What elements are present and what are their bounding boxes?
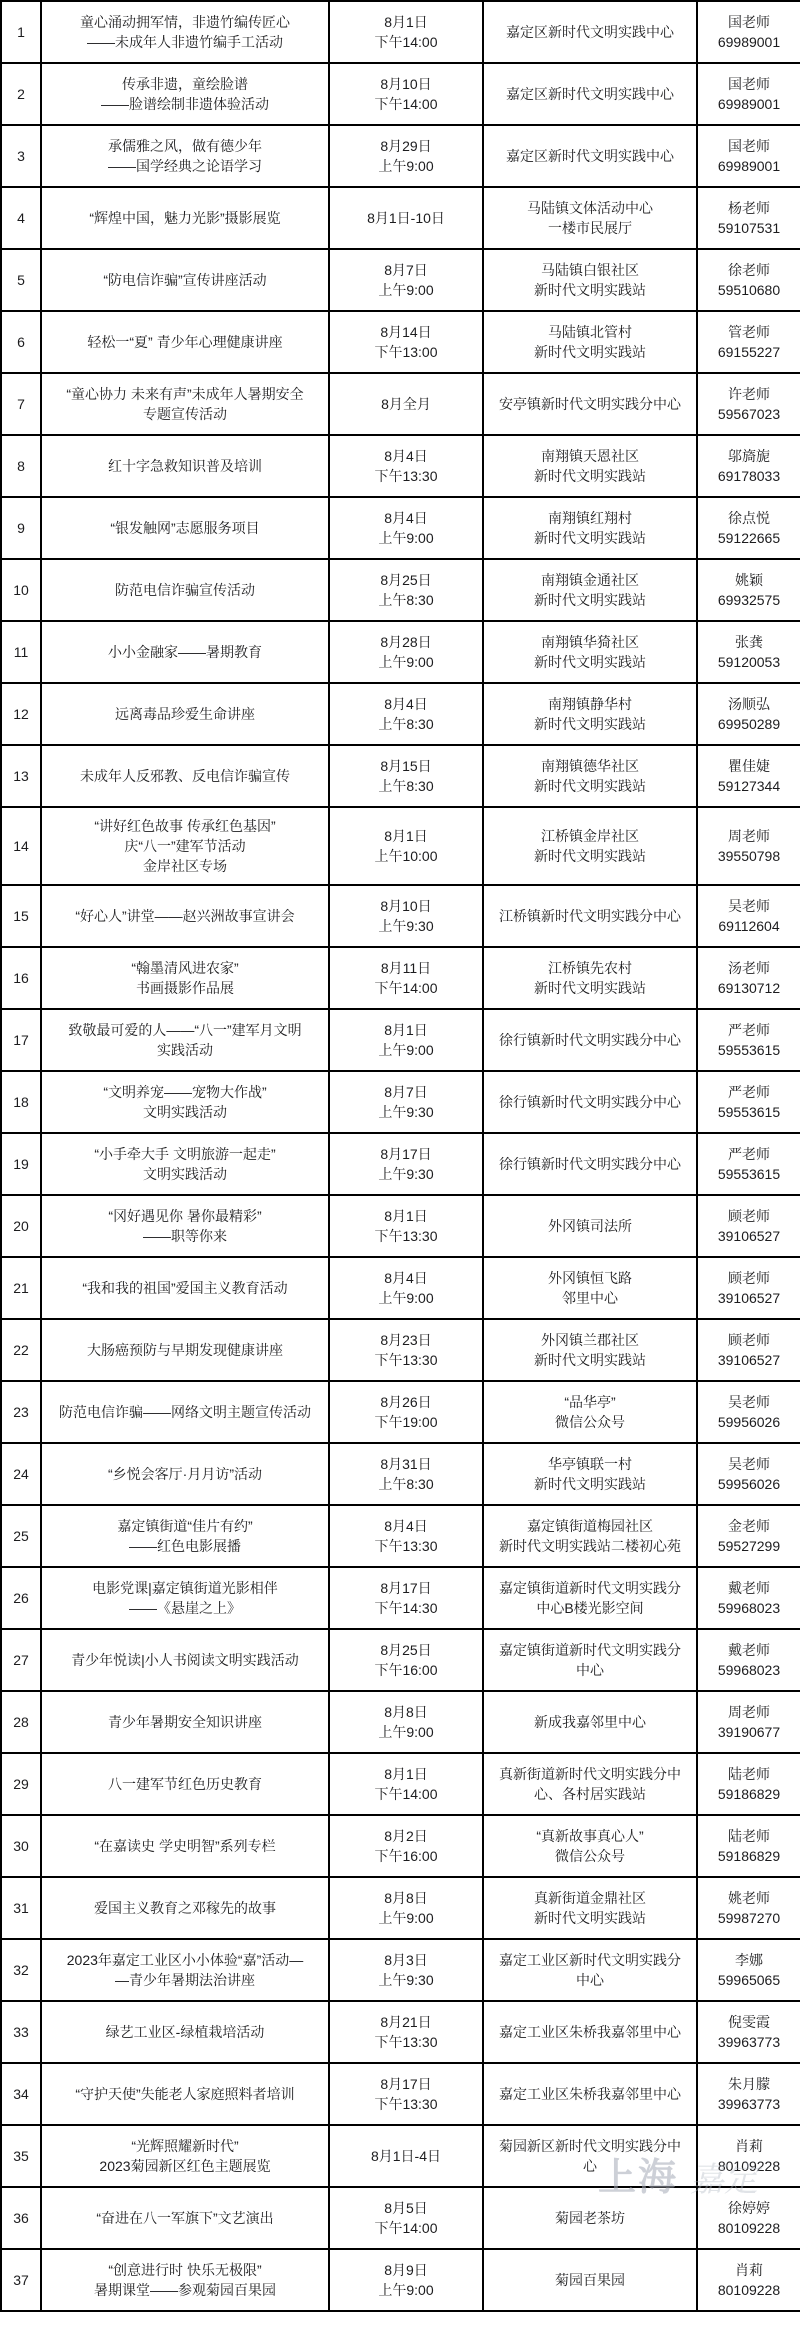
location-cell: 嘉定镇街道新时代文明实践分 中心B楼光影空间 <box>483 1567 697 1629</box>
date-time-cell: 8月1日 上午10:00 <box>329 807 483 885</box>
contact-cell: 倪雯霞 39963773 <box>697 2001 800 2063</box>
activity-name-cell: “创意进行时 快乐无极限” 暑期课堂——参观菊园百果园 <box>41 2249 329 2311</box>
activity-name-cell: 2023年嘉定工业区小小体验“嘉”活动— —青少年暑期法治讲座 <box>41 1939 329 2001</box>
contact-cell: 邬旖旎 69178033 <box>697 435 800 497</box>
contact-cell: 肖莉 80109228 <box>697 2249 800 2311</box>
location-cell: 外冈镇司法所 <box>483 1195 697 1257</box>
location-cell: 南翔镇天恩社区 新时代文明实践站 <box>483 435 697 497</box>
activity-schedule-table: 1 童心涌动拥军情，非遗竹编传匠心 ——未成年人非遗竹编手工活动 8月1日 下午… <box>0 0 800 2312</box>
row-number-cell: 16 <box>1 947 41 1009</box>
table-row: 34 “守护天使”失能老人家庭照料者培训 8月17日 下午13:30 嘉定工业区… <box>1 2063 800 2125</box>
row-number-cell: 10 <box>1 559 41 621</box>
row-number-cell: 24 <box>1 1443 41 1505</box>
row-number-cell: 32 <box>1 1939 41 2001</box>
contact-cell: 陆老师 59186829 <box>697 1815 800 1877</box>
contact-cell: 杨老师 59107531 <box>697 187 800 249</box>
date-time-cell: 8月1日 下午13:30 <box>329 1195 483 1257</box>
row-number-cell: 9 <box>1 497 41 559</box>
date-time-cell: 8月全月 <box>329 373 483 435</box>
location-cell: 华亭镇联一村 新时代文明实践站 <box>483 1443 697 1505</box>
activity-schedule-page: 1 童心涌动拥军情，非遗竹编传匠心 ——未成年人非遗竹编手工活动 8月1日 下午… <box>0 0 800 2326</box>
contact-cell: 陆老师 59186829 <box>697 1753 800 1815</box>
row-number-cell: 18 <box>1 1071 41 1133</box>
location-cell: 马陆镇文体活动中心 一楼市民展厅 <box>483 187 697 249</box>
contact-cell: 国老师 69989001 <box>697 63 800 125</box>
date-time-cell: 8月26日 下午19:00 <box>329 1381 483 1443</box>
contact-cell: 周老师 39550798 <box>697 807 800 885</box>
table-row: 36 “奋进在八一军旗下”文艺演出 8月5日 下午14:00 菊园老茶坊 徐婷婷… <box>1 2187 800 2249</box>
table-row: 7 “童心协力 未来有声”未成年人暑期安全 专题宣传活动 8月全月 安亭镇新时代… <box>1 373 800 435</box>
table-row: 15 “好心人”讲堂——赵兴洲故事宣讲会 8月10日 上午9:30 江桥镇新时代… <box>1 885 800 947</box>
location-cell: 嘉定工业区朱桥我嘉邻里中心 <box>483 2063 697 2125</box>
table-row: 20 “冈好遇见你 暑你最精彩” ——职等你来 8月1日 下午13:30 外冈镇… <box>1 1195 800 1257</box>
date-time-cell: 8月7日 上午9:00 <box>329 249 483 311</box>
date-time-cell: 8月17日 上午9:30 <box>329 1133 483 1195</box>
location-cell: 南翔镇德华社区 新时代文明实践站 <box>483 745 697 807</box>
row-number-cell: 15 <box>1 885 41 947</box>
contact-cell: 严老师 59553615 <box>697 1009 800 1071</box>
contact-cell: 严老师 59553615 <box>697 1133 800 1195</box>
location-cell: 江桥镇新时代文明实践分中心 <box>483 885 697 947</box>
table-row: 10 防范电信诈骗宣传活动 8月25日 上午8:30 南翔镇金通社区 新时代文明… <box>1 559 800 621</box>
activity-name-cell: “童心协力 未来有声”未成年人暑期安全 专题宣传活动 <box>41 373 329 435</box>
activity-name-cell: 红十字急救知识普及培训 <box>41 435 329 497</box>
contact-cell: 朱月朦 39963773 <box>697 2063 800 2125</box>
date-time-cell: 8月3日 上午9:30 <box>329 1939 483 2001</box>
date-time-cell: 8月5日 下午14:00 <box>329 2187 483 2249</box>
activity-name-cell: “我和我的祖国”爱国主义教育活动 <box>41 1257 329 1319</box>
activity-name-cell: “乡悦会客厅·月月访”活动 <box>41 1443 329 1505</box>
table-row: 6 轻松一“夏” 青少年心理健康讲座 8月14日 下午13:00 马陆镇北管村 … <box>1 311 800 373</box>
activity-name-cell: 轻松一“夏” 青少年心理健康讲座 <box>41 311 329 373</box>
table-row: 19 “小手牵大手 文明旅游一起走” 文明实践活动 8月17日 上午9:30 徐… <box>1 1133 800 1195</box>
table-row: 29 八一建军节红色历史教育 8月1日 下午14:00 真新街道新时代文明实践分… <box>1 1753 800 1815</box>
activity-name-cell: 八一建军节红色历史教育 <box>41 1753 329 1815</box>
date-time-cell: 8月8日 上午9:00 <box>329 1691 483 1753</box>
table-row: 24 “乡悦会客厅·月月访”活动 8月31日 上午8:30 华亭镇联一村 新时代… <box>1 1443 800 1505</box>
row-number-cell: 27 <box>1 1629 41 1691</box>
table-row: 18 “文明养宠——宠物大作战” 文明实践活动 8月7日 上午9:30 徐行镇新… <box>1 1071 800 1133</box>
location-cell: 徐行镇新时代文明实践分中心 <box>483 1009 697 1071</box>
activity-name-cell: 承儒雅之风，做有德少年 ——国学经典之论语学习 <box>41 125 329 187</box>
location-cell: 外冈镇恒飞路 邻里中心 <box>483 1257 697 1319</box>
location-cell: “品华亭” 微信公众号 <box>483 1381 697 1443</box>
date-time-cell: 8月31日 上午8:30 <box>329 1443 483 1505</box>
contact-cell: 严老师 59553615 <box>697 1071 800 1133</box>
row-number-cell: 7 <box>1 373 41 435</box>
row-number-cell: 30 <box>1 1815 41 1877</box>
row-number-cell: 4 <box>1 187 41 249</box>
location-cell: 安亭镇新时代文明实践分中心 <box>483 373 697 435</box>
activity-name-cell: 嘉定镇街道“佳片有约” ——红色电影展播 <box>41 1505 329 1567</box>
table-row: 37 “创意进行时 快乐无极限” 暑期课堂——参观菊园百果园 8月9日 上午9:… <box>1 2249 800 2311</box>
table-row: 14 “讲好红色故事 传承红色基因” 庆“八一”建军节活动 金岸社区专场 8月1… <box>1 807 800 885</box>
contact-cell: 戴老师 59968023 <box>697 1567 800 1629</box>
date-time-cell: 8月8日 上午9:00 <box>329 1877 483 1939</box>
table-row: 27 青少年悦读|小人书阅读文明实践活动 8月25日 下午16:00 嘉定镇街道… <box>1 1629 800 1691</box>
date-time-cell: 8月1日-4日 <box>329 2125 483 2187</box>
activity-name-cell: “光辉照耀新时代” 2023菊园新区红色主题展览 <box>41 2125 329 2187</box>
activity-name-cell: 小小金融家——暑期教育 <box>41 621 329 683</box>
table-row: 16 “翰墨清风进农家” 书画摄影作品展 8月11日 下午14:00 江桥镇先农… <box>1 947 800 1009</box>
table-row: 12 远离毒品珍爱生命讲座 8月4日 上午8:30 南翔镇静华村 新时代文明实践… <box>1 683 800 745</box>
row-number-cell: 21 <box>1 1257 41 1319</box>
date-time-cell: 8月4日 下午13:30 <box>329 435 483 497</box>
table-row: 35 “光辉照耀新时代” 2023菊园新区红色主题展览 8月1日-4日 菊园新区… <box>1 2125 800 2187</box>
location-cell: 嘉定镇街道新时代文明实践分 中心 <box>483 1629 697 1691</box>
activity-name-cell: “防电信诈骗”宣传讲座活动 <box>41 249 329 311</box>
row-number-cell: 12 <box>1 683 41 745</box>
table-row: 32 2023年嘉定工业区小小体验“嘉”活动— —青少年暑期法治讲座 8月3日 … <box>1 1939 800 2001</box>
table-row: 22 大肠癌预防与早期发现健康讲座 8月23日 下午13:30 外冈镇兰郡社区 … <box>1 1319 800 1381</box>
table-row: 31 爱国主义教育之邓稼先的故事 8月8日 上午9:00 真新街道金鼎社区 新时… <box>1 1877 800 1939</box>
row-number-cell: 37 <box>1 2249 41 2311</box>
row-number-cell: 14 <box>1 807 41 885</box>
activity-name-cell: “守护天使”失能老人家庭照料者培训 <box>41 2063 329 2125</box>
contact-cell: 吴老师 59956026 <box>697 1381 800 1443</box>
activity-name-cell: 童心涌动拥军情，非遗竹编传匠心 ——未成年人非遗竹编手工活动 <box>41 1 329 63</box>
location-cell: 嘉定工业区朱桥我嘉邻里中心 <box>483 2001 697 2063</box>
activity-name-cell: “小手牵大手 文明旅游一起走” 文明实践活动 <box>41 1133 329 1195</box>
row-number-cell: 5 <box>1 249 41 311</box>
row-number-cell: 35 <box>1 2125 41 2187</box>
date-time-cell: 8月29日 上午9:00 <box>329 125 483 187</box>
location-cell: 徐行镇新时代文明实践分中心 <box>483 1071 697 1133</box>
row-number-cell: 36 <box>1 2187 41 2249</box>
contact-cell: 戴老师 59968023 <box>697 1629 800 1691</box>
date-time-cell: 8月11日 下午14:00 <box>329 947 483 1009</box>
location-cell: 徐行镇新时代文明实践分中心 <box>483 1133 697 1195</box>
table-row: 25 嘉定镇街道“佳片有约” ——红色电影展播 8月4日 下午13:30 嘉定镇… <box>1 1505 800 1567</box>
contact-cell: 姚老师 59987270 <box>697 1877 800 1939</box>
date-time-cell: 8月4日 上午9:00 <box>329 1257 483 1319</box>
location-cell: 江桥镇金岸社区 新时代文明实践站 <box>483 807 697 885</box>
contact-cell: 国老师 69989001 <box>697 125 800 187</box>
activity-name-cell: 传承非遗，童绘脸谱 ——脸谱绘制非遗体验活动 <box>41 63 329 125</box>
table-row: 11 小小金融家——暑期教育 8月28日 上午9:00 南翔镇华猗社区 新时代文… <box>1 621 800 683</box>
date-time-cell: 8月14日 下午13:00 <box>329 311 483 373</box>
location-cell: 江桥镇先农村 新时代文明实践站 <box>483 947 697 1009</box>
row-number-cell: 34 <box>1 2063 41 2125</box>
location-cell: “真新故事真心人” 微信公众号 <box>483 1815 697 1877</box>
date-time-cell: 8月4日 上午9:00 <box>329 497 483 559</box>
row-number-cell: 25 <box>1 1505 41 1567</box>
contact-cell: 徐点悦 59122665 <box>697 497 800 559</box>
location-cell: 真新街道新时代文明实践分中 心、各村居实践站 <box>483 1753 697 1815</box>
contact-cell: 顾老师 39106527 <box>697 1319 800 1381</box>
contact-cell: 李娜 59965065 <box>697 1939 800 2001</box>
table-row: 5 “防电信诈骗”宣传讲座活动 8月7日 上午9:00 马陆镇白银社区 新时代文… <box>1 249 800 311</box>
date-time-cell: 8月1日 上午9:00 <box>329 1009 483 1071</box>
activity-name-cell: 大肠癌预防与早期发现健康讲座 <box>41 1319 329 1381</box>
row-number-cell: 26 <box>1 1567 41 1629</box>
location-cell: 嘉定工业区新时代文明实践分 中心 <box>483 1939 697 2001</box>
table-row: 1 童心涌动拥军情，非遗竹编传匠心 ——未成年人非遗竹编手工活动 8月1日 下午… <box>1 1 800 63</box>
date-time-cell: 8月9日 上午9:00 <box>329 2249 483 2311</box>
date-time-cell: 8月21日 下午13:30 <box>329 2001 483 2063</box>
table-row: 28 青少年暑期安全知识讲座 8月8日 上午9:00 新成我嘉邻里中心 周老师 … <box>1 1691 800 1753</box>
date-time-cell: 8月28日 上午9:00 <box>329 621 483 683</box>
location-cell: 菊园老茶坊 <box>483 2187 697 2249</box>
activity-name-cell: “文明养宠——宠物大作战” 文明实践活动 <box>41 1071 329 1133</box>
table-row: 2 传承非遗，童绘脸谱 ——脸谱绘制非遗体验活动 8月10日 下午14:00 嘉… <box>1 63 800 125</box>
contact-cell: 国老师 69989001 <box>697 1 800 63</box>
contact-cell: 管老师 69155227 <box>697 311 800 373</box>
contact-cell: 吴老师 69112604 <box>697 885 800 947</box>
location-cell: 南翔镇红翔村 新时代文明实践站 <box>483 497 697 559</box>
location-cell: 嘉定区新时代文明实践中心 <box>483 1 697 63</box>
contact-cell: 周老师 39190677 <box>697 1691 800 1753</box>
contact-cell: 顾老师 39106527 <box>697 1195 800 1257</box>
date-time-cell: 8月25日 下午16:00 <box>329 1629 483 1691</box>
location-cell: 新成我嘉邻里中心 <box>483 1691 697 1753</box>
contact-cell: 张龚 59120053 <box>697 621 800 683</box>
row-number-cell: 19 <box>1 1133 41 1195</box>
location-cell: 南翔镇金通社区 新时代文明实践站 <box>483 559 697 621</box>
activity-name-cell: 青少年悦读|小人书阅读文明实践活动 <box>41 1629 329 1691</box>
activity-name-cell: “奋进在八一军旗下”文艺演出 <box>41 2187 329 2249</box>
location-cell: 南翔镇华猗社区 新时代文明实践站 <box>483 621 697 683</box>
activity-name-cell: “翰墨清风进农家” 书画摄影作品展 <box>41 947 329 1009</box>
row-number-cell: 17 <box>1 1009 41 1071</box>
location-cell: 南翔镇静华村 新时代文明实践站 <box>483 683 697 745</box>
date-time-cell: 8月17日 下午13:30 <box>329 2063 483 2125</box>
activity-name-cell: “银发触网”志愿服务项目 <box>41 497 329 559</box>
contact-cell: 顾老师 39106527 <box>697 1257 800 1319</box>
location-cell: 嘉定区新时代文明实践中心 <box>483 63 697 125</box>
activity-name-cell: 防范电信诈骗宣传活动 <box>41 559 329 621</box>
date-time-cell: 8月23日 下午13:30 <box>329 1319 483 1381</box>
contact-cell: 许老师 59567023 <box>697 373 800 435</box>
date-time-cell: 8月1日 下午14:00 <box>329 1 483 63</box>
date-time-cell: 8月10日 上午9:30 <box>329 885 483 947</box>
contact-cell: 姚颖 69932575 <box>697 559 800 621</box>
date-time-cell: 8月1日 下午14:00 <box>329 1753 483 1815</box>
activity-name-cell: 青少年暑期安全知识讲座 <box>41 1691 329 1753</box>
row-number-cell: 13 <box>1 745 41 807</box>
row-number-cell: 28 <box>1 1691 41 1753</box>
location-cell: 菊园新区新时代文明实践分中 心 <box>483 2125 697 2187</box>
location-cell: 真新街道金鼎社区 新时代文明实践站 <box>483 1877 697 1939</box>
row-number-cell: 23 <box>1 1381 41 1443</box>
activity-name-cell: 远离毒品珍爱生命讲座 <box>41 683 329 745</box>
contact-cell: 徐婷婷 80109228 <box>697 2187 800 2249</box>
location-cell: 嘉定区新时代文明实践中心 <box>483 125 697 187</box>
activity-name-cell: 绿艺工业区-绿植栽培活动 <box>41 2001 329 2063</box>
table-row: 17 致敬最可爱的人——“八一”建军月文明 实践活动 8月1日 上午9:00 徐… <box>1 1009 800 1071</box>
activity-name-cell: “在嘉读史 学史明智”系列专栏 <box>41 1815 329 1877</box>
location-cell: 外冈镇兰郡社区 新时代文明实践站 <box>483 1319 697 1381</box>
date-time-cell: 8月1日-10日 <box>329 187 483 249</box>
table-row: 30 “在嘉读史 学史明智”系列专栏 8月2日 下午16:00 “真新故事真心人… <box>1 1815 800 1877</box>
table-row: 21 “我和我的祖国”爱国主义教育活动 8月4日 上午9:00 外冈镇恒飞路 邻… <box>1 1257 800 1319</box>
row-number-cell: 6 <box>1 311 41 373</box>
activity-name-cell: 电影党课|嘉定镇街道光影相伴 ——《悬崖之上》 <box>41 1567 329 1629</box>
contact-cell: 金老师 59527299 <box>697 1505 800 1567</box>
date-time-cell: 8月25日 上午8:30 <box>329 559 483 621</box>
row-number-cell: 22 <box>1 1319 41 1381</box>
date-time-cell: 8月15日 上午8:30 <box>329 745 483 807</box>
contact-cell: 瞿佳婕 59127344 <box>697 745 800 807</box>
activity-name-cell: “辉煌中国，魅力光影”摄影展览 <box>41 187 329 249</box>
location-cell: 嘉定镇街道梅园社区 新时代文明实践站二楼初心苑 <box>483 1505 697 1567</box>
date-time-cell: 8月10日 下午14:00 <box>329 63 483 125</box>
location-cell: 菊园百果园 <box>483 2249 697 2311</box>
row-number-cell: 11 <box>1 621 41 683</box>
contact-cell: 肖莉 80109228 <box>697 2125 800 2187</box>
contact-cell: 徐老师 59510680 <box>697 249 800 311</box>
table-row: 33 绿艺工业区-绿植栽培活动 8月21日 下午13:30 嘉定工业区朱桥我嘉邻… <box>1 2001 800 2063</box>
contact-cell: 汤顺弘 69950289 <box>697 683 800 745</box>
location-cell: 马陆镇北管村 新时代文明实践站 <box>483 311 697 373</box>
table-row: 26 电影党课|嘉定镇街道光影相伴 ——《悬崖之上》 8月17日 下午14:30… <box>1 1567 800 1629</box>
table-row: 8 红十字急救知识普及培训 8月4日 下午13:30 南翔镇天恩社区 新时代文明… <box>1 435 800 497</box>
activity-name-cell: 致敬最可爱的人——“八一”建军月文明 实践活动 <box>41 1009 329 1071</box>
location-cell: 马陆镇白银社区 新时代文明实践站 <box>483 249 697 311</box>
row-number-cell: 1 <box>1 1 41 63</box>
date-time-cell: 8月17日 下午14:30 <box>329 1567 483 1629</box>
contact-cell: 汤老师 69130712 <box>697 947 800 1009</box>
table-row: 13 未成年人反邪教、反电信诈骗宣传 8月15日 上午8:30 南翔镇德华社区 … <box>1 745 800 807</box>
row-number-cell: 20 <box>1 1195 41 1257</box>
table-row: 4 “辉煌中国，魅力光影”摄影展览 8月1日-10日 马陆镇文体活动中心 一楼市… <box>1 187 800 249</box>
table-row: 9 “银发触网”志愿服务项目 8月4日 上午9:00 南翔镇红翔村 新时代文明实… <box>1 497 800 559</box>
row-number-cell: 29 <box>1 1753 41 1815</box>
activity-name-cell: “讲好红色故事 传承红色基因” 庆“八一”建军节活动 金岸社区专场 <box>41 807 329 885</box>
date-time-cell: 8月4日 上午8:30 <box>329 683 483 745</box>
row-number-cell: 2 <box>1 63 41 125</box>
table-row: 23 防范电信诈骗——网络文明主题宣传活动 8月26日 下午19:00 “品华亭… <box>1 1381 800 1443</box>
activity-table-rows: 1 童心涌动拥军情，非遗竹编传匠心 ——未成年人非遗竹编手工活动 8月1日 下午… <box>1 1 800 2311</box>
activity-name-cell: 防范电信诈骗——网络文明主题宣传活动 <box>41 1381 329 1443</box>
contact-cell: 吴老师 59956026 <box>697 1443 800 1505</box>
date-time-cell: 8月4日 下午13:30 <box>329 1505 483 1567</box>
row-number-cell: 33 <box>1 2001 41 2063</box>
row-number-cell: 8 <box>1 435 41 497</box>
activity-name-cell: “冈好遇见你 暑你最精彩” ——职等你来 <box>41 1195 329 1257</box>
table-row: 3 承儒雅之风，做有德少年 ——国学经典之论语学习 8月29日 上午9:00 嘉… <box>1 125 800 187</box>
row-number-cell: 3 <box>1 125 41 187</box>
row-number-cell: 31 <box>1 1877 41 1939</box>
activity-name-cell: “好心人”讲堂——赵兴洲故事宣讲会 <box>41 885 329 947</box>
date-time-cell: 8月2日 下午16:00 <box>329 1815 483 1877</box>
date-time-cell: 8月7日 上午9:30 <box>329 1071 483 1133</box>
activity-name-cell: 爱国主义教育之邓稼先的故事 <box>41 1877 329 1939</box>
activity-name-cell: 未成年人反邪教、反电信诈骗宣传 <box>41 745 329 807</box>
